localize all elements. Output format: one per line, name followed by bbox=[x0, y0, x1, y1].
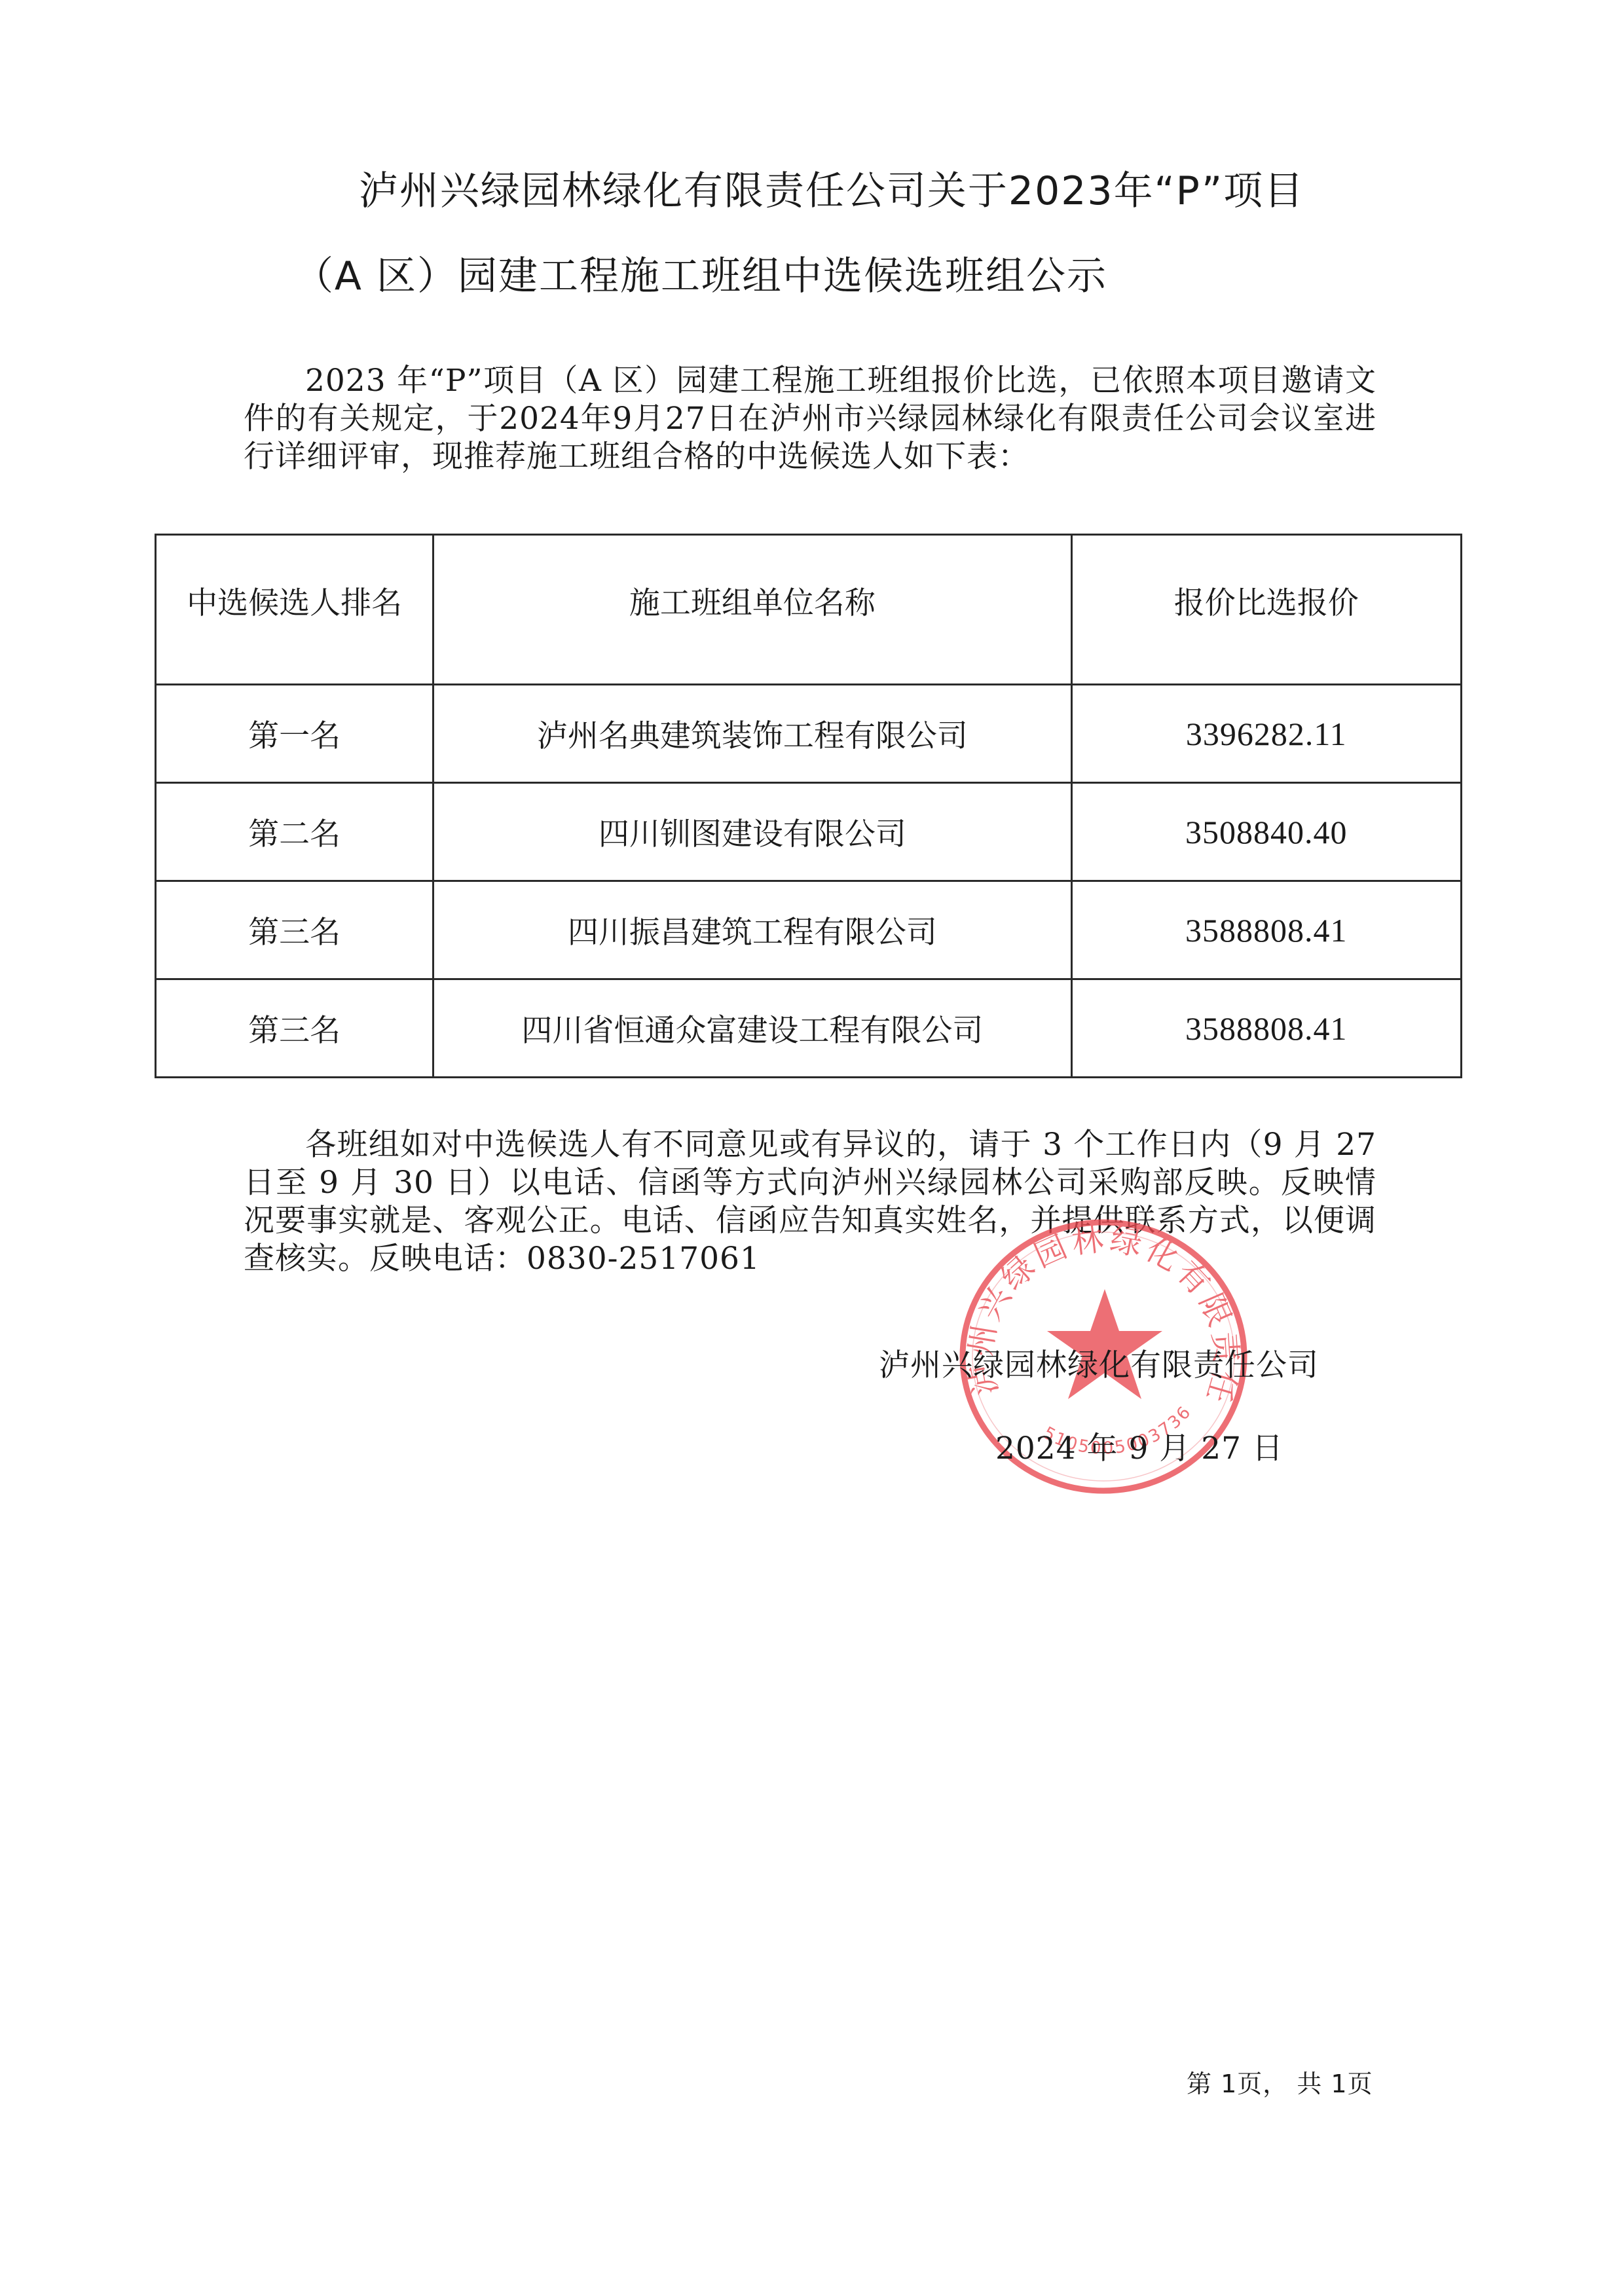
cell-company: 泸州名典建筑装饰工程有限公司 bbox=[434, 685, 1071, 783]
header-rank: 中选候选人排名 bbox=[156, 535, 434, 685]
table-row: 第二名 四川钏图建设有限公司 3508840.40 bbox=[156, 783, 1462, 881]
table-row: 第一名 泸州名典建筑装饰工程有限公司 3396282.11 bbox=[156, 685, 1462, 783]
table-header-row: 中选候选人排名 施工班组单位名称 报价比选报价 bbox=[156, 535, 1462, 685]
signature-date: 2024 年 9 月 27 日 bbox=[995, 1424, 1283, 1468]
cell-price: 3508840.40 bbox=[1071, 783, 1461, 881]
objection-paragraph-text: 各班组如对中选候选人有不同意见或有异议的，请于 3 个工作日内（9 月 27 日… bbox=[244, 1127, 1376, 1277]
cell-rank: 第三名 bbox=[156, 881, 434, 979]
signature-organization: 泸州兴绿园林绿化有限责任公司 bbox=[879, 1341, 1319, 1385]
cell-company: 四川省恒通众富建设工程有限公司 bbox=[434, 979, 1071, 1078]
objection-paragraph: 各班组如对中选候选人有不同意见或有异议的，请于 3 个工作日内（9 月 27 日… bbox=[244, 1126, 1376, 1278]
cell-company: 四川钏图建设有限公司 bbox=[434, 783, 1071, 881]
header-company: 施工班组单位名称 bbox=[434, 535, 1071, 685]
cell-price: 3588808.41 bbox=[1071, 881, 1461, 979]
intro-paragraph: 2023 年“P”项目（A 区）园建工程施工班组报价比选，已依照本项目邀请文件的… bbox=[244, 362, 1376, 476]
cell-rank: 第三名 bbox=[156, 979, 434, 1078]
document-title-line-2: （A 区）园建工程施工班组中选候选班组公示 bbox=[0, 257, 1513, 296]
cell-rank: 第一名 bbox=[156, 685, 434, 783]
document-title-line-1: 泸州兴绿园林绿化有限责任公司关于2023年“P”项目 bbox=[20, 172, 1624, 211]
candidates-table: 中选候选人排名 施工班组单位名称 报价比选报价 第一名 泸州名典建筑装饰工程有限… bbox=[155, 534, 1462, 1078]
cell-rank: 第二名 bbox=[156, 783, 434, 881]
cell-price: 3588808.41 bbox=[1071, 979, 1461, 1078]
cell-price: 3396282.11 bbox=[1071, 685, 1461, 783]
page-indicator: 第 1页， 共 1页 bbox=[1187, 2064, 1373, 2100]
header-price: 报价比选报价 bbox=[1071, 535, 1461, 685]
table-row: 第三名 四川省恒通众富建设工程有限公司 3588808.41 bbox=[156, 979, 1462, 1078]
cell-company: 四川振昌建筑工程有限公司 bbox=[434, 881, 1071, 979]
table-row: 第三名 四川振昌建筑工程有限公司 3588808.41 bbox=[156, 881, 1462, 979]
intro-paragraph-text: 2023 年“P”项目（A 区）园建工程施工班组报价比选，已依照本项目邀请文件的… bbox=[244, 363, 1376, 475]
